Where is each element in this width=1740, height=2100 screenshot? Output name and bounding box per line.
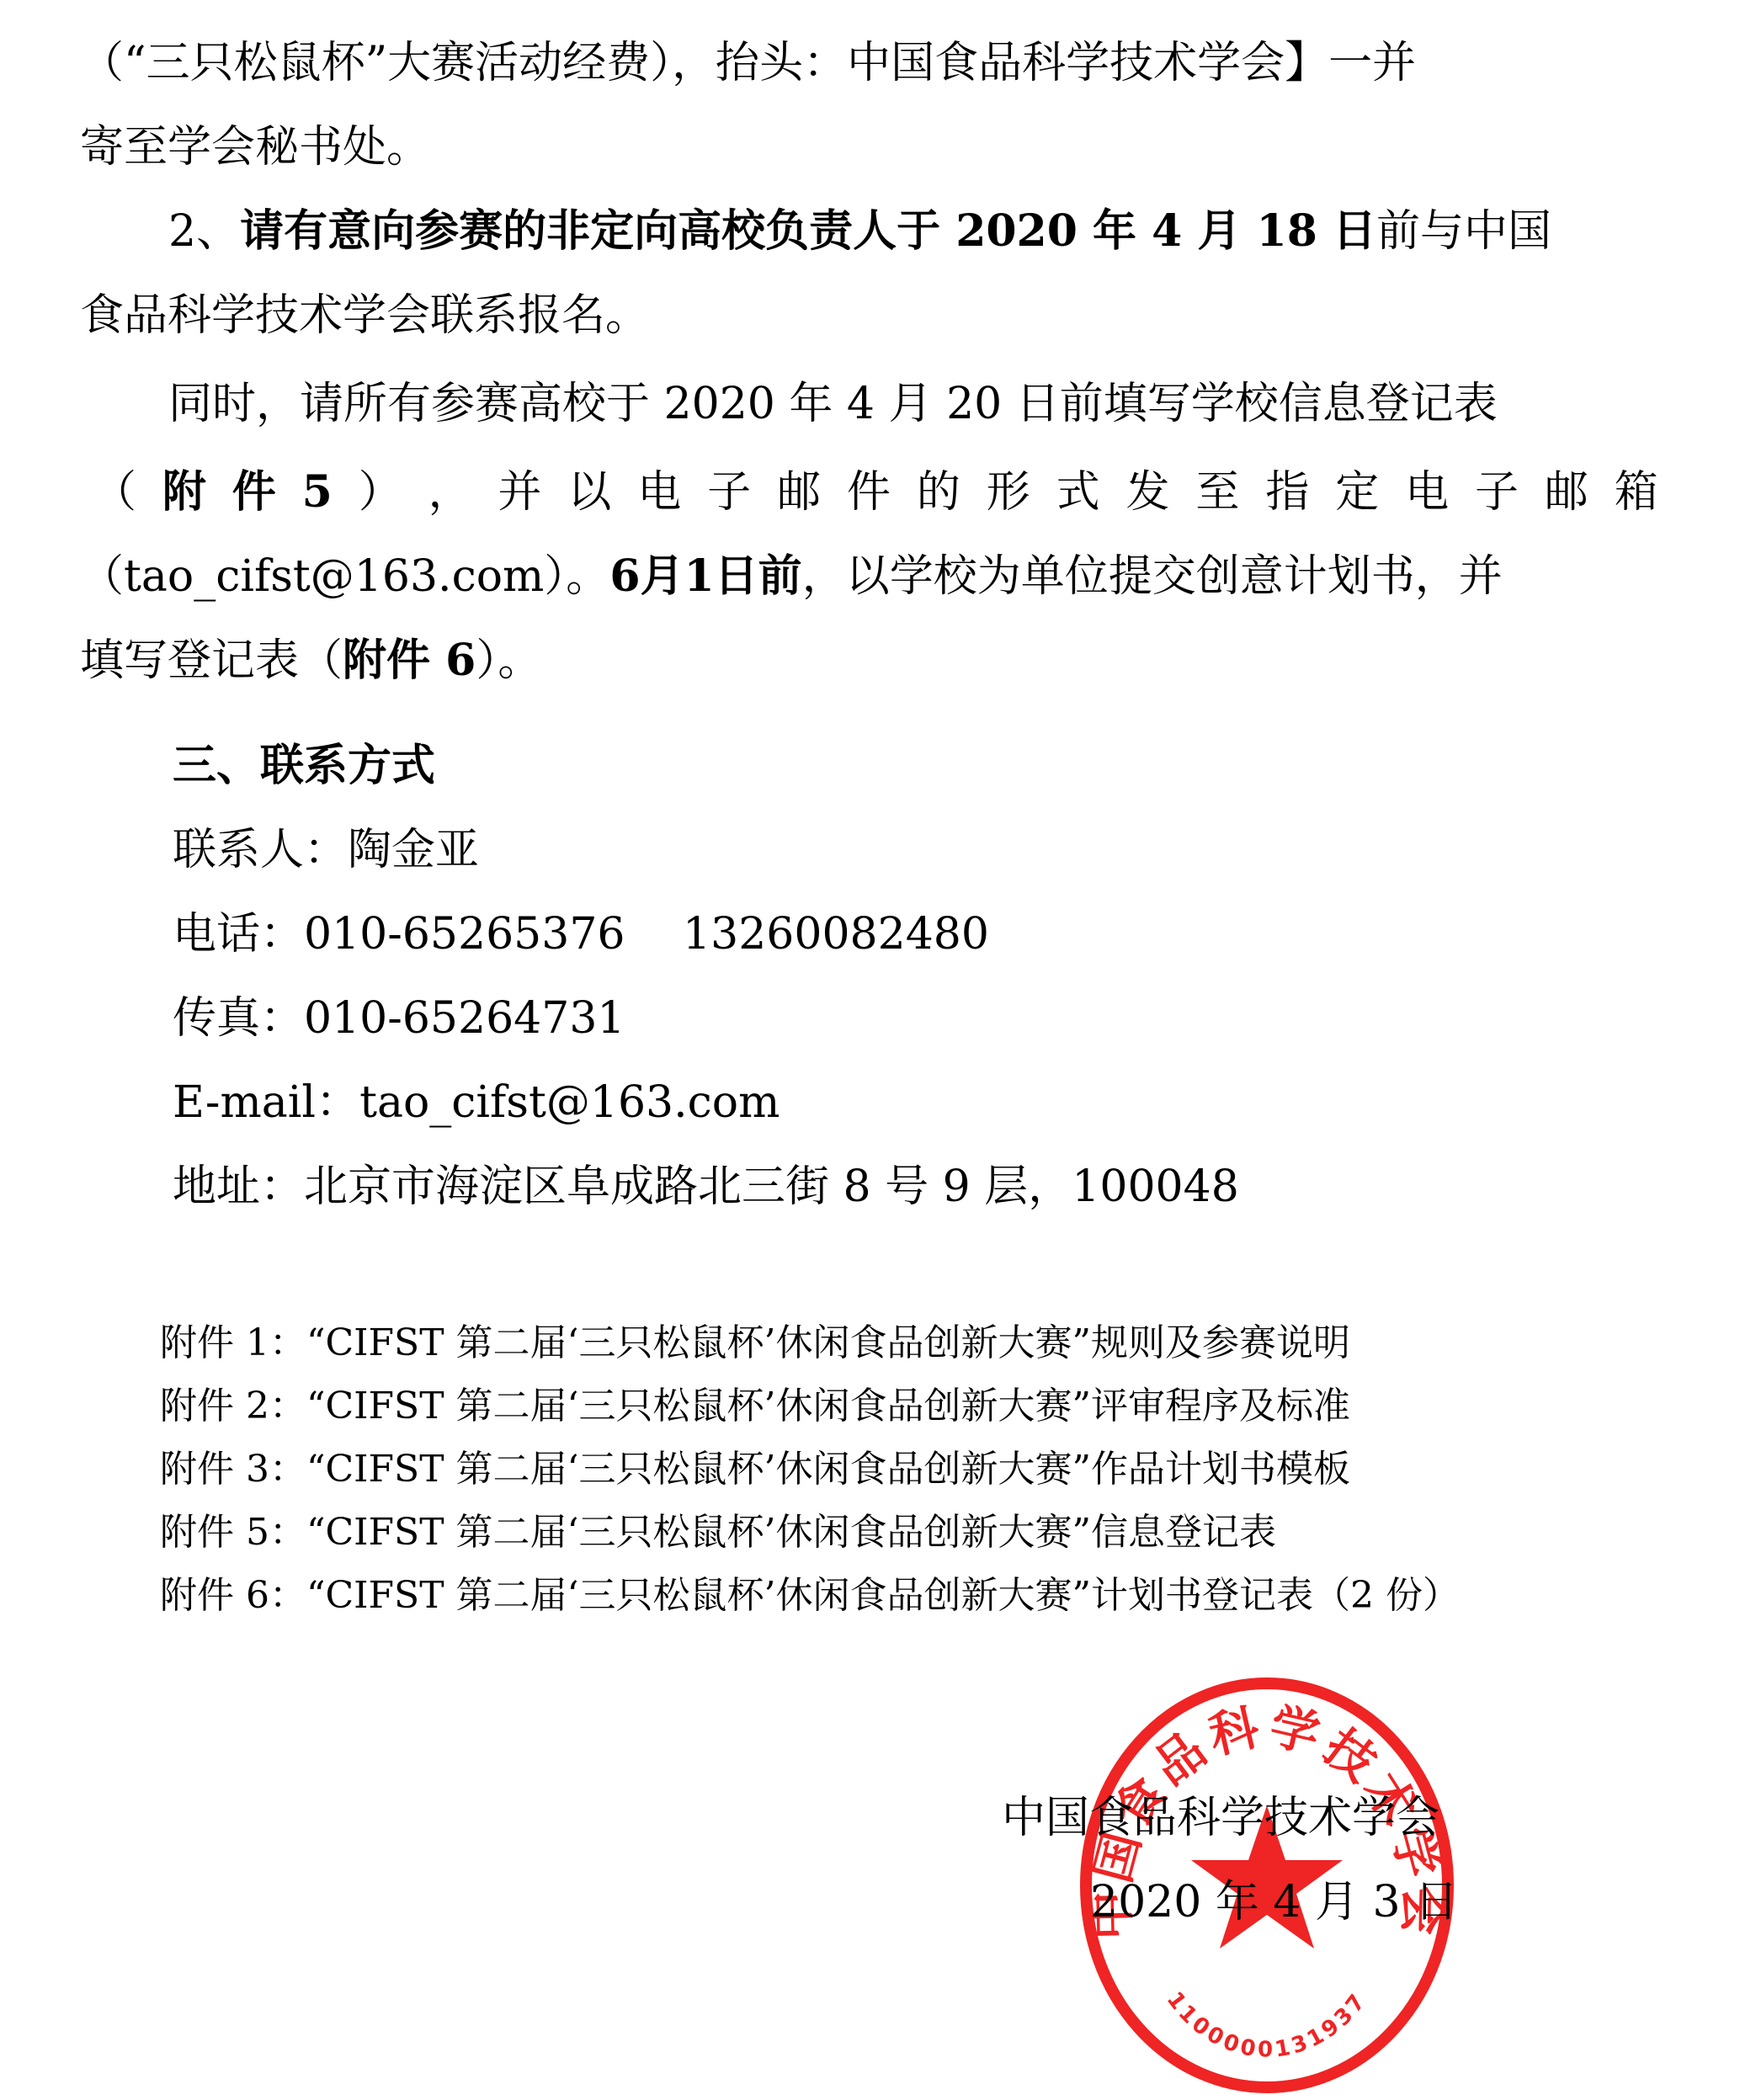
char: 定 bbox=[1335, 467, 1379, 518]
official-seal-icon: 中国食品科学技术学会 1100000131937 bbox=[1073, 1671, 1461, 2100]
char: 件 bbox=[232, 467, 276, 518]
char: 件 bbox=[847, 467, 891, 518]
contact-address: 地址：北京市海淀区阜成路北三街 8 号 9 层，100048 bbox=[173, 1162, 1239, 1212]
text: ）。 bbox=[476, 635, 541, 686]
char: ， bbox=[428, 467, 472, 518]
contact-email: E-mail：tao_cifst@163.com bbox=[173, 1077, 780, 1128]
contact-phone: 电话：010-65265376 13260082480 bbox=[173, 909, 989, 960]
text: 填写登记表（ bbox=[80, 635, 343, 686]
char: （ bbox=[93, 467, 136, 518]
attachment-item: 附件 3：“CIFST 第二届‘三只松鼠杯’休闲食品创新大赛”作品计划书模板 bbox=[160, 1448, 1350, 1491]
char: 附 bbox=[162, 467, 206, 518]
paragraph-3-line-1: 同时，请所有参赛高校于 2020 年 4 月 20 日前填写学校信息登记表 bbox=[168, 379, 1498, 429]
char: 子 bbox=[1475, 467, 1519, 518]
attachment-ref: 附件 6 bbox=[343, 635, 476, 686]
char: ） bbox=[359, 467, 402, 518]
paragraph-3-line-4: 填写登记表（附件 6）。 bbox=[80, 635, 541, 686]
char: 箱 bbox=[1615, 467, 1658, 518]
attachment-item: 附件 1：“CIFST 第二届‘三只松鼠杯’休闲食品创新大赛”规则及参赛说明 bbox=[160, 1321, 1350, 1365]
char: 的 bbox=[917, 467, 960, 518]
char: 并 bbox=[498, 467, 542, 518]
char: 邮 bbox=[777, 467, 821, 518]
char: 发 bbox=[1126, 467, 1170, 518]
paragraph-3-rest: ，以学校为单位提交创意计划书，并 bbox=[802, 551, 1503, 602]
paragraph-2-rest: 前与中国 bbox=[1376, 206, 1551, 257]
char: 至 bbox=[1195, 467, 1239, 518]
attachment-item: 附件 5：“CIFST 第二届‘三只松鼠杯’休闲食品创新大赛”信息登记表 bbox=[160, 1511, 1276, 1555]
contact-person: 联系人：陶金亚 bbox=[173, 825, 479, 875]
contact-heading: 三、联系方式 bbox=[173, 741, 435, 791]
paragraph-3-line-3: （tao_cifst@163.com）。6月1日前，以学校为单位提交创意计划书，… bbox=[80, 551, 1503, 602]
char: 5 bbox=[302, 467, 333, 518]
paragraph-2-line-1: 2、请有意向参赛的非定向高校负责人于 2020 年 4 月 18 日前与中国 bbox=[168, 206, 1551, 257]
char: 子 bbox=[707, 467, 751, 518]
attachment-item: 附件 2：“CIFST 第二届‘三只松鼠杯’休闲食品创新大赛”评审程序及标准 bbox=[160, 1385, 1350, 1428]
char: 电 bbox=[637, 467, 681, 518]
seal-number: 1100000131937 bbox=[1162, 1987, 1372, 2063]
item-number: 2、 bbox=[168, 206, 240, 257]
char: 邮 bbox=[1545, 467, 1588, 518]
paragraph-2-line-2: 食品科学技术学会联系报名。 bbox=[80, 290, 649, 341]
char: 电 bbox=[1405, 467, 1449, 518]
char: 指 bbox=[1265, 467, 1309, 518]
attachment-item: 附件 6：“CIFST 第二届‘三只松鼠杯’休闲食品创新大赛”计划书登记表（2 … bbox=[160, 1574, 1460, 1618]
contact-fax: 传真：010-65264731 bbox=[173, 993, 625, 1044]
char: 以 bbox=[567, 467, 611, 518]
registration-deadline-text: 请有意向参赛的非定向高校负责人于 2020 年 4 月 18 日 bbox=[240, 205, 1376, 257]
paragraph-1-line-2: 寄至学会秘书处。 bbox=[80, 122, 430, 173]
paragraph-1-line-1: （“三只松鼠杯”大赛活动经费），抬头：中国食品科学技术学会】一并 bbox=[80, 38, 1416, 88]
email-inline: （tao_cifst@163.com）。 bbox=[80, 551, 609, 602]
svg-text:1100000131937: 1100000131937 bbox=[1162, 1987, 1372, 2063]
char: 式 bbox=[1056, 467, 1100, 518]
plan-deadline-text: 6月1日前 bbox=[609, 550, 801, 602]
paragraph-3-line-2: （ 附 件 5 ） ， 并 以 电 子 邮 件 的 形 式 发 至 指 定 电 … bbox=[93, 467, 1658, 518]
char: 形 bbox=[987, 467, 1030, 518]
